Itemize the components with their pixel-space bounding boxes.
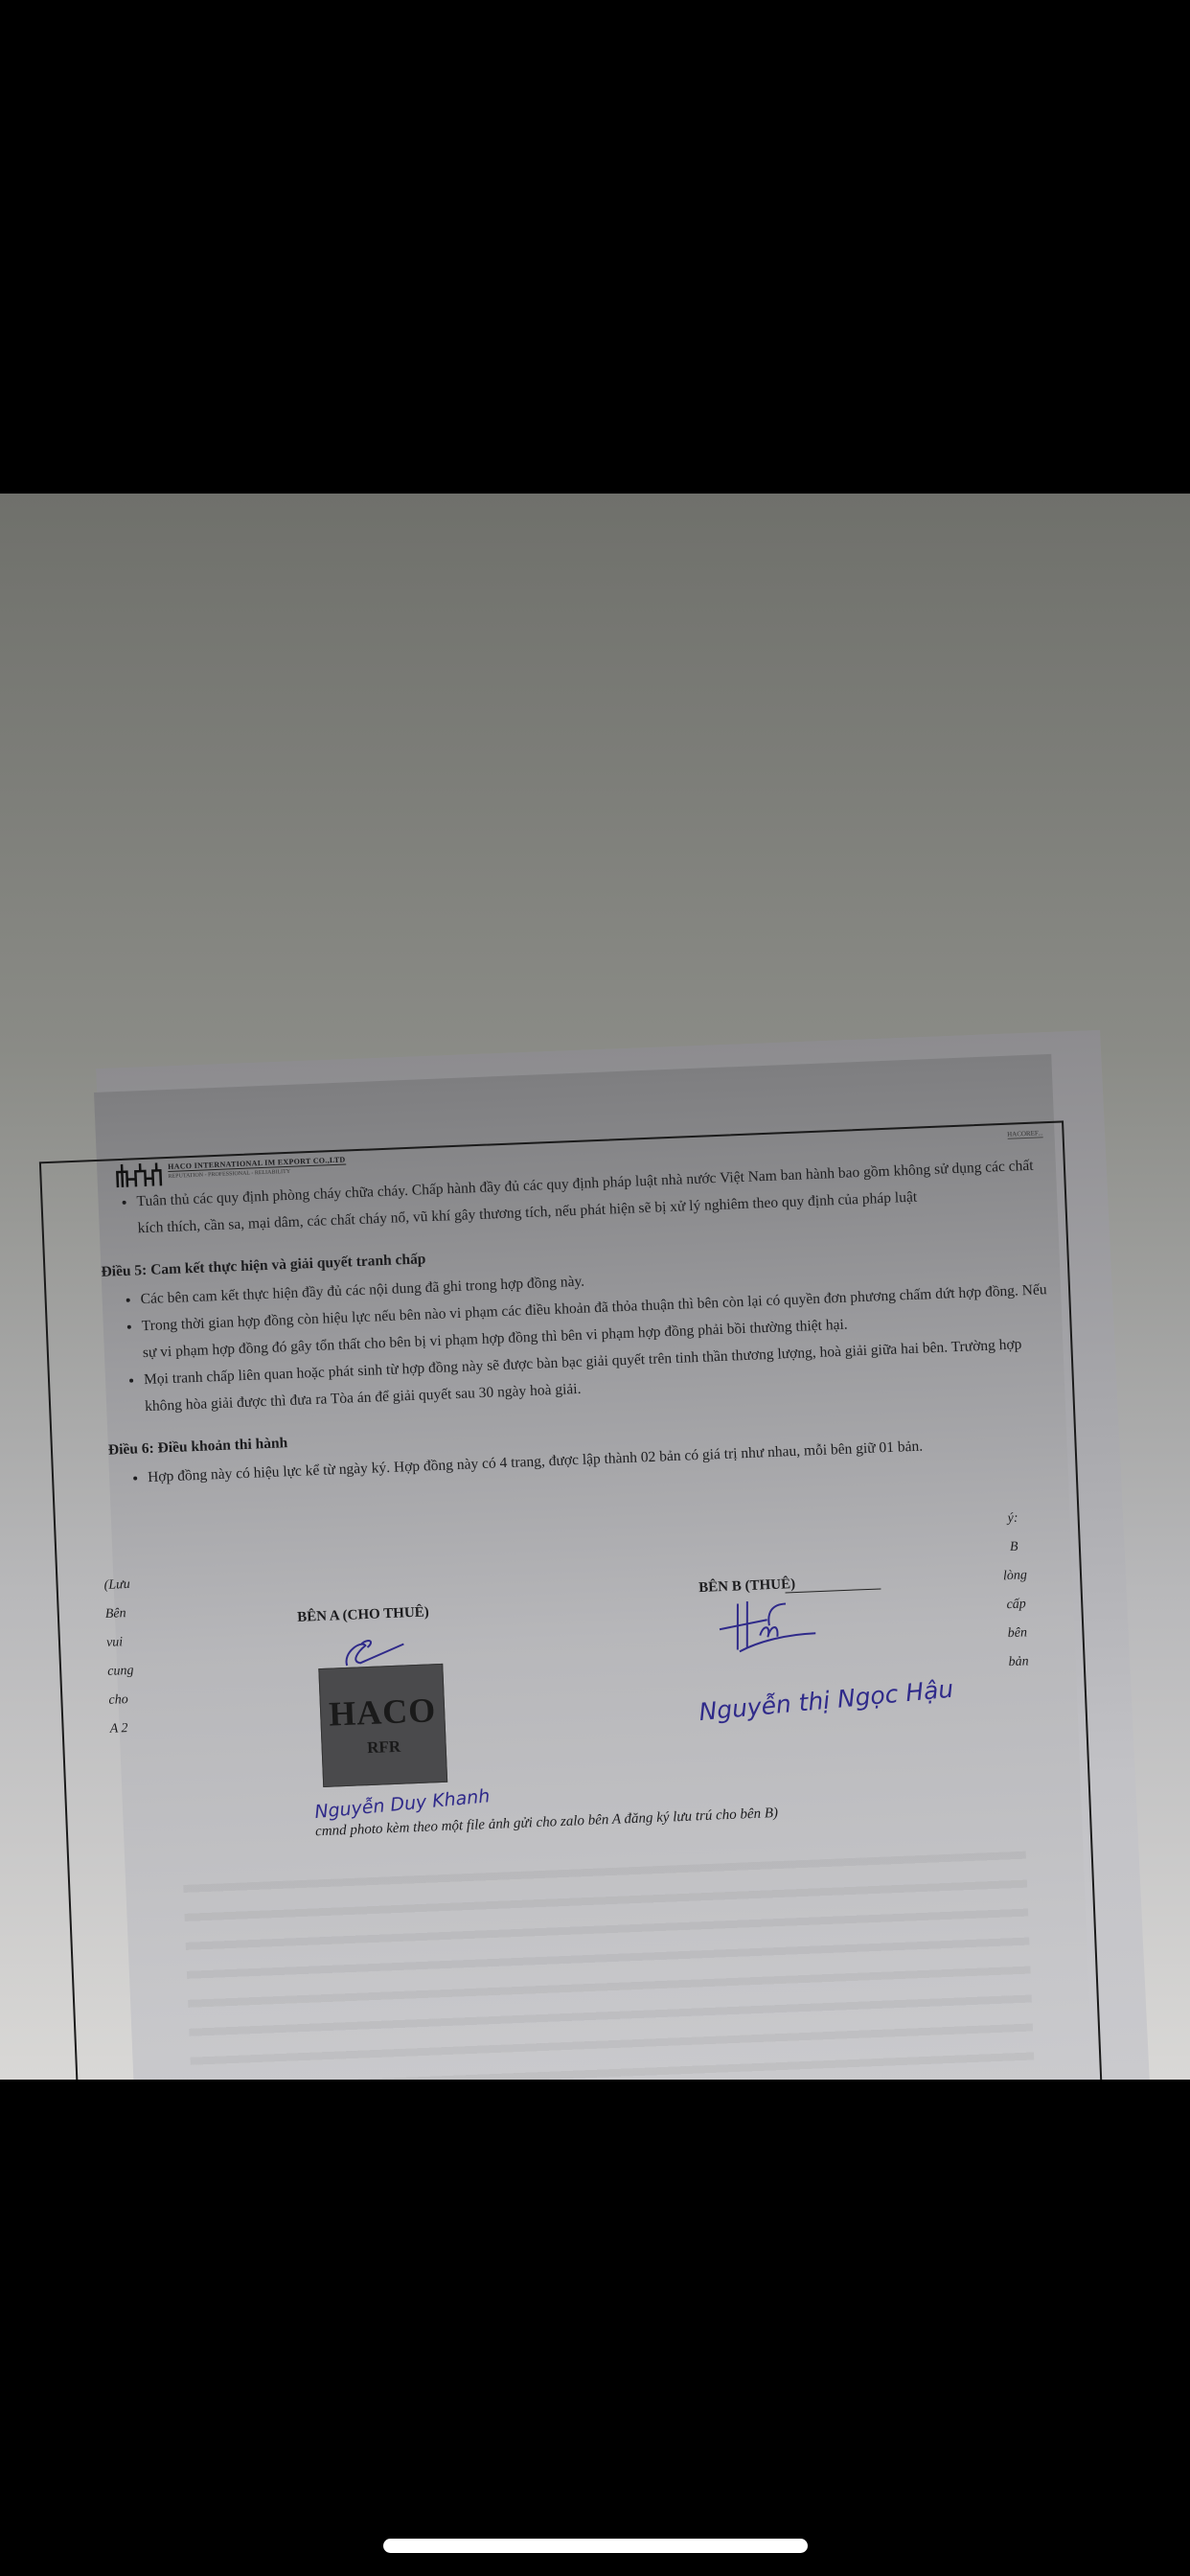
margin-word: bản [1006,1647,1031,1677]
margin-word: Bên [104,1599,131,1629]
party-b-handwritten-name: Nguyễn thị Ngọc Hậu [698,1675,954,1726]
company-logo-icon [114,1159,163,1189]
margin-note-left: (Lưu Bên vui cung cho A 2 [103,1571,136,1744]
company-stamp: HACO RFR [318,1664,447,1787]
contract-page: HACO INTERNATIONAL IM EXPORT CO.,LTD REP… [94,1054,1097,2080]
margin-word: (Lưu [103,1571,130,1600]
bleed-through-text [183,1851,1037,2080]
margin-word: ý: [1000,1504,1025,1533]
margin-word: vui [105,1628,132,1658]
stamp-text: HACO [320,1690,445,1735]
signature-area: (Lưu Bên vui cung cho A 2 ý: B lòng cấp … [113,1533,1072,1858]
party-a-label: BÊN A (CHO THUÊ) [297,1604,429,1626]
margin-word: bên [1005,1619,1030,1648]
margin-word: A 2 [109,1714,136,1744]
document-photo: HACO INTERNATIONAL IM EXPORT CO.,LTD REP… [0,494,1190,2080]
margin-word: lòng [1002,1561,1027,1591]
party-b-signature-icon [709,1591,827,1663]
stamp-subtext: RFR [322,1736,446,1759]
margin-word: cho [108,1686,135,1715]
reference-code: HACOREF... [1007,1129,1043,1138]
margin-word: cung [107,1657,134,1687]
contract-body: Tuân thủ các quy định phòng cháy chữa ch… [98,1152,1058,1492]
home-indicator[interactable] [383,2539,808,2553]
margin-word: B [1001,1532,1026,1562]
margin-word: cấp [1004,1590,1029,1620]
